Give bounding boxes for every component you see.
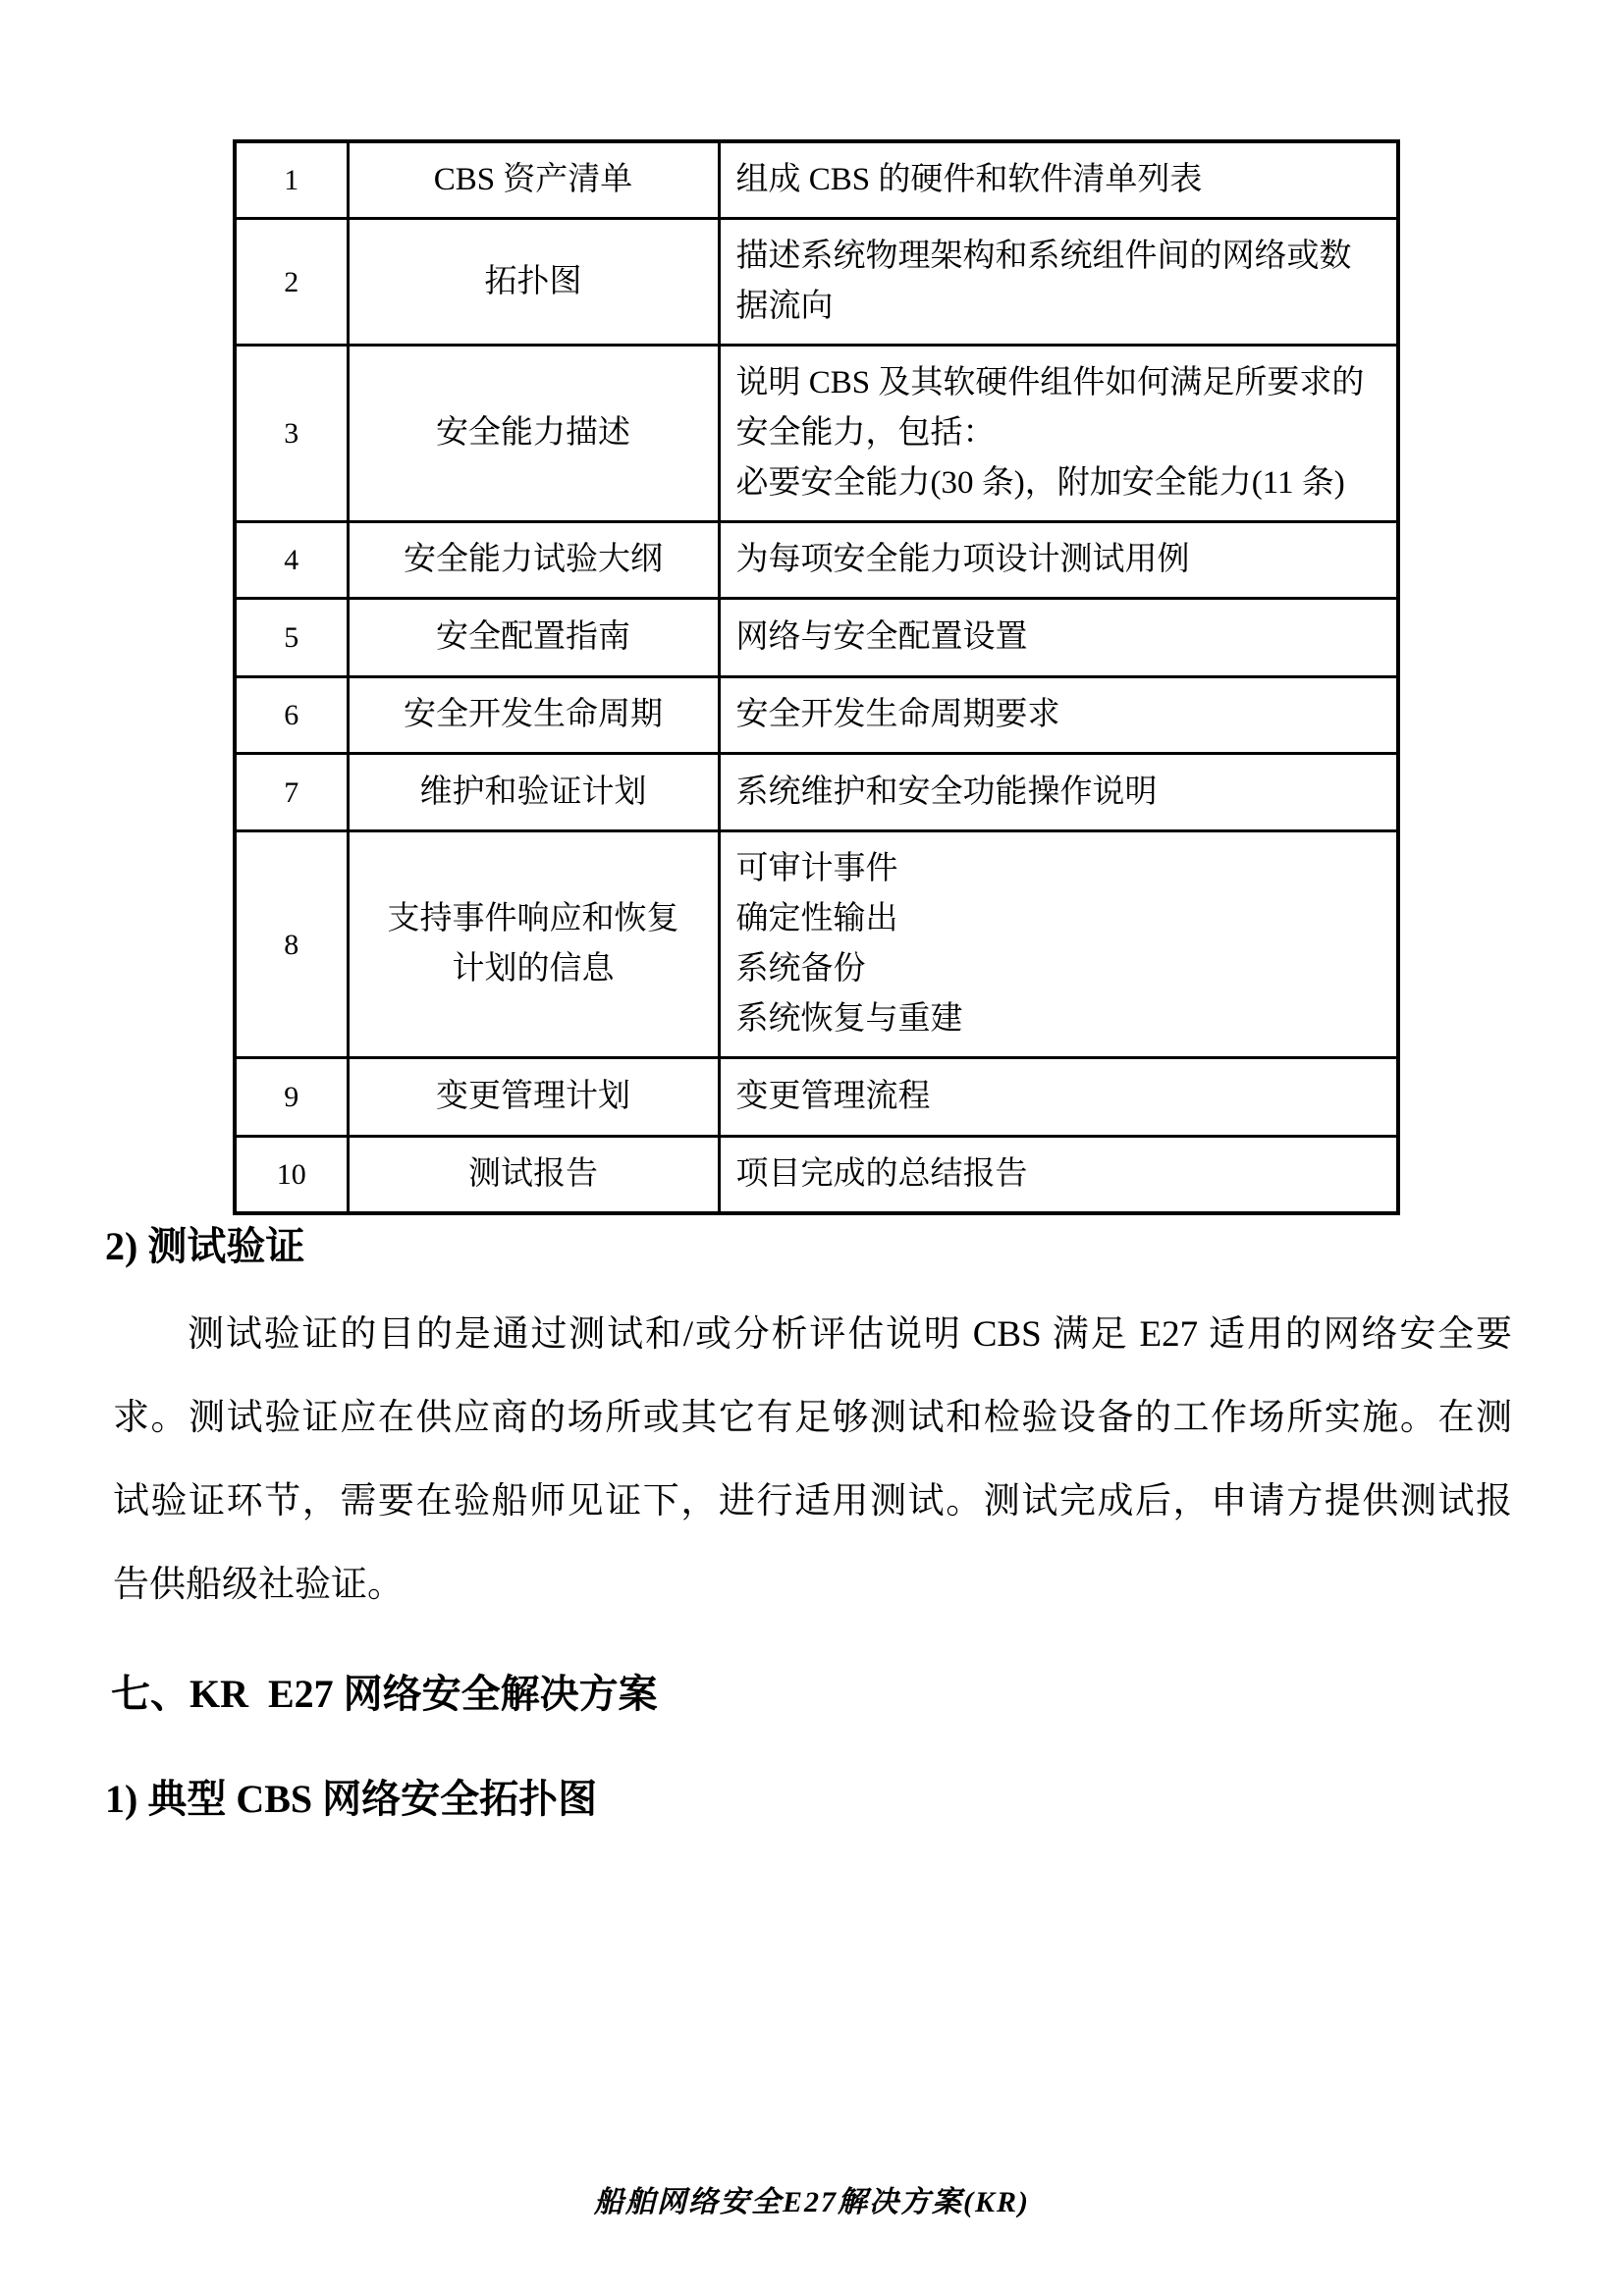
row-name-cell: 安全配置指南 [348,599,719,677]
deliverables-table-body: 1CBS 资产清单组成 CBS 的硬件和软件清单列表2拓扑图描述系统物理架构和系… [235,141,1398,1213]
row-desc-cell: 描述系统物理架构和系统组件间的网络或数据流向 [719,219,1398,346]
row-desc-cell: 网络与安全配置设置 [719,599,1398,677]
table-row: 6安全开发生命周期安全开发生命周期要求 [235,677,1398,754]
heading-typical-cbs-topology: 1) 典型 CBS 网络安全拓扑图 [105,1768,597,1824]
row-number-cell: 3 [235,346,348,522]
table-row: 3安全能力描述说明 CBS 及其软硬件组件如何满足所要求的安全能力，包括：必要安… [235,346,1398,522]
cell-text-line: 拓扑图 [365,257,702,307]
row-name-cell: 变更管理计划 [348,1058,719,1137]
row-desc-cell: 变更管理流程 [719,1058,1398,1137]
row-number-cell: 10 [235,1137,348,1214]
row-name-cell: 支持事件响应和恢复计划的信息 [348,831,719,1058]
table-row: 4安全能力试验大纲为每项安全能力项设计测试用例 [235,522,1398,599]
cell-text-line: 系统维护和安全功能操作说明 [736,768,1381,818]
row-name-cell: 拓扑图 [348,219,719,346]
row-desc-cell: 为每项安全能力项设计测试用例 [719,522,1398,599]
paragraph-line: 告供船级社验证。 [113,1543,1512,1627]
row-name-cell: 安全开发生命周期 [348,677,719,754]
row-name-cell: 维护和验证计划 [348,754,719,831]
cell-text-line: 维护和验证计划 [365,768,702,818]
footer-title: 船舶网络安全E27解决方案(KR) [0,2177,1624,2220]
document-page: 1CBS 资产清单组成 CBS 的硬件和软件清单列表2拓扑图描述系统物理架构和系… [0,0,1624,2296]
row-number-cell: 4 [235,522,348,599]
cell-text-line: CBS 资产清单 [365,155,702,205]
row-name-cell: 测试报告 [348,1137,719,1214]
cell-text-line: 确定性输出 [736,894,1381,944]
row-desc-cell: 项目完成的总结报告 [719,1137,1398,1214]
cell-text-line: 安全开发生命周期 [365,690,702,740]
row-desc-cell: 可审计事件确定性输出系统备份系统恢复与重建 [719,831,1398,1058]
row-desc-cell: 组成 CBS 的硬件和软件清单列表 [719,141,1398,219]
cell-text-line: 据流向 [736,282,1381,332]
table-row: 7维护和验证计划系统维护和安全功能操作说明 [235,754,1398,831]
row-name-cell: 安全能力试验大纲 [348,522,719,599]
row-number-cell: 9 [235,1058,348,1137]
row-number-cell: 7 [235,754,348,831]
row-desc-cell: 说明 CBS 及其软硬件组件如何满足所要求的安全能力，包括：必要安全能力(30 … [719,346,1398,522]
cell-text-line: 安全能力，包括： [736,408,1381,458]
cell-text-line: 测试报告 [365,1149,702,1200]
cell-text-line: 项目完成的总结报告 [736,1149,1381,1200]
paragraph-line: 求。测试验证应在供应商的场所或其它有足够测试和检验设备的工作场所实施。在测 [113,1376,1512,1460]
paragraph-line: 试验证环节，需要在验船师见证下，进行适用测试。测试完成后，申请方提供测试报 [113,1460,1512,1543]
row-number-cell: 5 [235,599,348,677]
table-row: 1CBS 资产清单组成 CBS 的硬件和软件清单列表 [235,141,1398,219]
row-number-cell: 8 [235,831,348,1058]
cell-text-line: 变更管理计划 [365,1072,702,1122]
cell-text-line: 网络与安全配置设置 [736,613,1381,663]
row-number-cell: 1 [235,141,348,219]
cell-text-line: 支持事件响应和恢复 [365,894,702,944]
row-number-cell: 2 [235,219,348,346]
cell-text-line: 系统备份 [736,944,1381,994]
cell-text-line: 计划的信息 [365,944,702,994]
deliverables-table: 1CBS 资产清单组成 CBS 的硬件和软件清单列表2拓扑图描述系统物理架构和系… [233,139,1400,1215]
cell-text-line: 描述系统物理架构和系统组件间的网络或数 [736,232,1381,282]
heading-test-verification: 2) 测试验证 [105,1215,304,1271]
table-row: 2拓扑图描述系统物理架构和系统组件间的网络或数据流向 [235,219,1398,346]
heading-kr-e27-solution: 七、KR E27 网络安全解决方案 [111,1663,658,1719]
row-number-cell: 6 [235,677,348,754]
table-row: 9变更管理计划变更管理流程 [235,1058,1398,1137]
cell-text-line: 变更管理流程 [736,1072,1381,1122]
paragraph-line: 测试验证的目的是通过测试和/或分析评估说明 CBS 满足 E27 适用的网络安全… [113,1293,1512,1376]
table-row: 8支持事件响应和恢复计划的信息可审计事件确定性输出系统备份系统恢复与重建 [235,831,1398,1058]
cell-text-line: 安全能力试验大纲 [365,535,702,585]
cell-text-line: 说明 CBS 及其软硬件组件如何满足所要求的 [736,358,1381,408]
row-name-cell: CBS 资产清单 [348,141,719,219]
table-row: 10测试报告项目完成的总结报告 [235,1137,1398,1214]
paragraph-test-verification: 测试验证的目的是通过测试和/或分析评估说明 CBS 满足 E27 适用的网络安全… [113,1293,1512,1627]
cell-text-line: 安全开发生命周期要求 [736,690,1381,740]
cell-text-line: 必要安全能力(30 条)，附加安全能力(11 条) [736,458,1381,508]
row-name-cell: 安全能力描述 [348,346,719,522]
cell-text-line: 可审计事件 [736,844,1381,894]
table-row: 5安全配置指南网络与安全配置设置 [235,599,1398,677]
cell-text-line: 系统恢复与重建 [736,994,1381,1044]
row-desc-cell: 安全开发生命周期要求 [719,677,1398,754]
cell-text-line: 为每项安全能力项设计测试用例 [736,535,1381,585]
cell-text-line: 安全配置指南 [365,613,702,663]
cell-text-line: 组成 CBS 的硬件和软件清单列表 [736,155,1381,205]
row-desc-cell: 系统维护和安全功能操作说明 [719,754,1398,831]
cell-text-line: 安全能力描述 [365,408,702,458]
